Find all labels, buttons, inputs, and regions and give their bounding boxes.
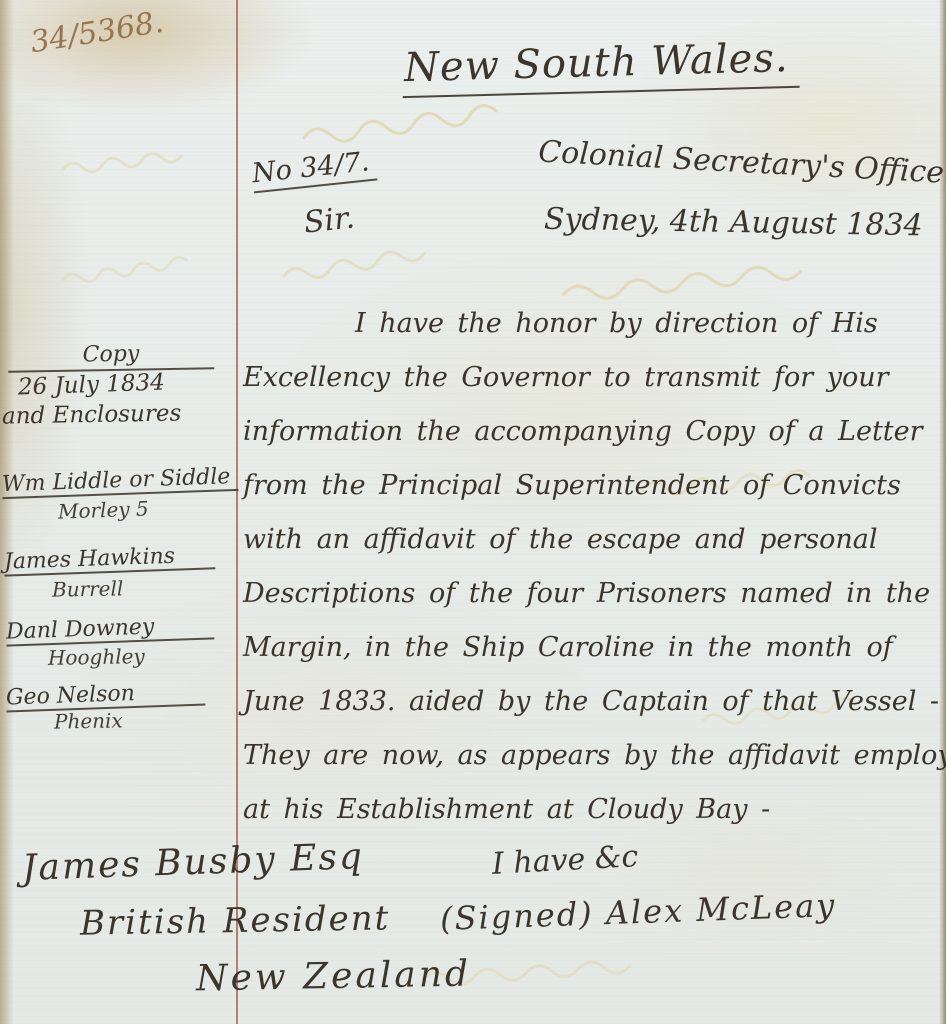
addressee-location: New Zealand [196, 954, 472, 1000]
archive-number: 34/5368. [28, 6, 166, 61]
body-line: I have the honor by direction of His [243, 308, 943, 362]
page-title: New South Wales. [401, 35, 799, 98]
ink-bleedthrough-mark [59, 249, 200, 291]
body-line: from the Principal Superintendent of Con… [243, 470, 943, 524]
margin-note-copy: Copy [8, 340, 214, 373]
prisoner-name: Danl Downey [6, 612, 215, 647]
letter-page: 34/5368. New South Wales. No 34/7. Sir. … [0, 0, 946, 1024]
addressee-title: British Resident [80, 899, 391, 944]
page-left-edge [0, 0, 14, 1024]
body-line: Descriptions of the four Prisoners named… [243, 578, 943, 632]
addressee-name: James Busby Esq [21, 836, 364, 889]
ink-bleedthrough-mark [299, 95, 520, 151]
body-line: with an affidavit of the escape and pers… [243, 524, 943, 578]
body-line: June 1833. aided by the Captain of that … [243, 686, 943, 740]
dateline: Sydney, 4th August 1834 [544, 203, 923, 244]
margin-note-date: 26 July 1834 [18, 369, 166, 401]
closing-phrase: I have &c [491, 840, 639, 882]
ink-bleedthrough-mark [59, 141, 211, 181]
ink-bleedthrough-mark [279, 235, 460, 290]
margin-note-enclosures: and Enclosures [2, 400, 182, 430]
prisoner-ship: Morley 5 [58, 497, 149, 523]
body-line: information the accompanying Copy of a L… [243, 416, 943, 470]
body-line: Excellency the Governor to transmit for … [243, 362, 943, 416]
prisoner-ship: Hooghley [48, 645, 145, 670]
prisoner-name: Wm Liddle or Siddle [2, 464, 239, 500]
prisoner-name: James Hawkins [4, 542, 216, 577]
prisoner-ship: Phenix [54, 709, 123, 733]
office-name: Colonial Secretary's Office [537, 135, 944, 191]
ink-bleedthrough-mark [559, 254, 820, 307]
body-line: Margin, in the Ship Caroline in the mont… [243, 632, 943, 686]
body-line: They are now, as appears by the affidavi… [243, 740, 943, 794]
letter-number: No 34/7. [251, 146, 378, 194]
letter-body: I have the honor by direction of His Exc… [243, 308, 943, 848]
salutation: Sir. [302, 201, 356, 241]
prisoner-ship: Burrell [52, 577, 124, 601]
signature: (Signed) Alex McLeay [439, 887, 836, 938]
prisoner-name: Geo Nelson [6, 679, 206, 713]
